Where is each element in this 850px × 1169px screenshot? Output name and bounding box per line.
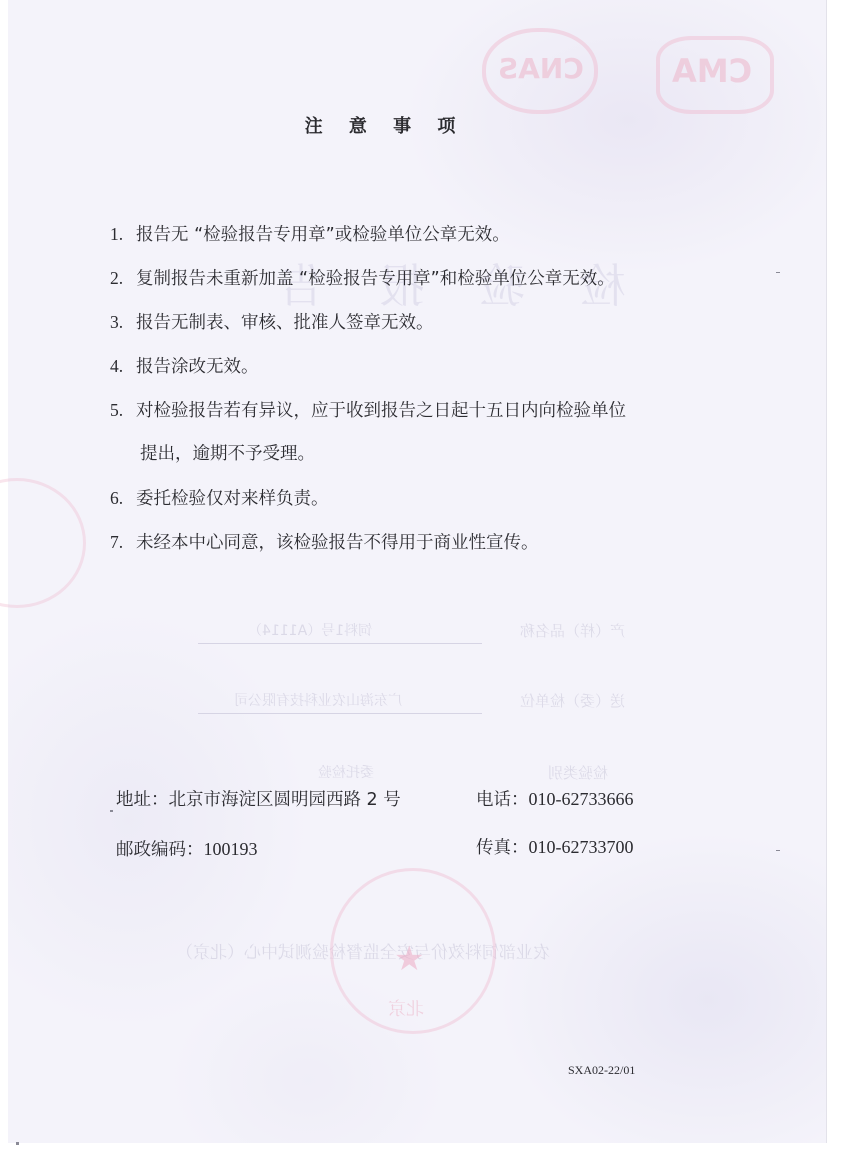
notice-text: 对检验报告若有异议，应于收到报告之日起十五日内向检验单位	[136, 401, 626, 421]
notice-list: 1.报告无 “检验报告专用章”或检验单位公章无效。 2.复制报告未重新加盖 “检…	[110, 219, 750, 571]
phone-label: 电话：	[476, 790, 529, 810]
ghost-underline-1	[198, 643, 482, 644]
notice-number: 2.	[110, 263, 136, 293]
notice-item: 1.报告无 “检验报告专用章”或检验单位公章无效。	[110, 219, 750, 263]
notice-number: 3.	[110, 307, 136, 337]
postcode: 邮政编码：100193	[116, 836, 258, 861]
notice-item: 2.复制报告未重新加盖 “检验报告专用章”和检验单位公章无效。	[110, 263, 750, 307]
address: 地址：北京市海淀区圆明园西路 2 号	[116, 786, 401, 811]
notice-text: 提出，逾期不予受理。	[140, 444, 315, 464]
scan-speck	[776, 272, 780, 273]
notice-item-continuation: 提出，逾期不予受理。	[110, 439, 750, 483]
ghost-field-product: 产（样）品名称	[520, 620, 625, 641]
fax: 传真：010-62733700	[476, 834, 634, 859]
notice-number: 5.	[110, 395, 136, 425]
ghost-field-unit-value: 广东海山农业科技有限公司	[234, 690, 402, 710]
page-title: 注 意 事 项	[0, 112, 760, 138]
notice-item: 4.报告涂改无效。	[110, 351, 750, 395]
address-value: 北京市海淀区圆明园西路 2 号	[169, 790, 401, 810]
notice-text: 委托检验仅对来样负责。	[136, 489, 329, 509]
scan-speck	[110, 810, 113, 812]
document-code: SXA02-22/01	[568, 1063, 635, 1078]
title-char: 意	[349, 112, 367, 138]
notice-number: 1.	[110, 219, 136, 249]
ghost-field-unit: 送（委）检单位	[520, 690, 625, 711]
document-page: CNAS CMA 检 验 报 告 产（样）品名称 饲料1号（A1114） 送（委…	[8, 0, 827, 1143]
notice-item: 7.未经本中心同意，该检验报告不得用于商业性宣传。	[110, 527, 750, 571]
notice-text: 报告无 “检验报告专用章”或检验单位公章无效。	[136, 225, 510, 245]
postcode-value: 100193	[204, 839, 258, 859]
notice-text: 未经本中心同意，该检验报告不得用于商业性宣传。	[136, 533, 539, 553]
ghost-field-product-value: 饲料1号（A1114）	[248, 620, 372, 640]
cma-mark-text: CMA	[672, 52, 752, 90]
notice-number: 6.	[110, 483, 136, 513]
fax-label: 传真：	[476, 838, 529, 858]
notice-text: 复制报告未重新加盖 “检验报告专用章”和检验单位公章无效。	[136, 269, 615, 289]
ghost-field-type-value: 委托检验	[318, 762, 374, 782]
notice-item: 3.报告无制表、审核、批准人签章无效。	[110, 307, 750, 351]
notice-text: 报告涂改无效。	[136, 357, 259, 377]
scan-speck	[16, 1142, 19, 1145]
fax-value: 010-62733700	[529, 837, 634, 857]
notice-number: 7.	[110, 527, 136, 557]
title-char: 项	[437, 112, 455, 138]
stamp-star-icon: ★	[394, 942, 424, 976]
scan-speck	[776, 850, 780, 851]
phone-value: 010-62733666	[529, 789, 634, 809]
postcode-label: 邮政编码：	[116, 840, 204, 860]
notice-item: 5.对检验报告若有异议，应于收到报告之日起十五日内向检验单位	[110, 395, 750, 439]
ghost-underline-2	[198, 713, 482, 714]
ghost-field-type: 检验类别	[548, 762, 608, 783]
cnas-mark-text: CNAS	[498, 52, 584, 85]
title-char: 事	[393, 112, 411, 138]
stamp-text: 北京	[388, 995, 424, 1021]
phone: 电话：010-62733666	[476, 786, 634, 811]
title-char: 注	[305, 112, 323, 138]
notice-item: 6.委托检验仅对来样负责。	[110, 483, 750, 527]
notice-number: 4.	[110, 351, 136, 381]
side-stamp-ghost	[0, 478, 86, 608]
notice-text: 报告无制表、审核、批准人签章无效。	[136, 313, 434, 333]
address-label: 地址：	[116, 790, 169, 810]
